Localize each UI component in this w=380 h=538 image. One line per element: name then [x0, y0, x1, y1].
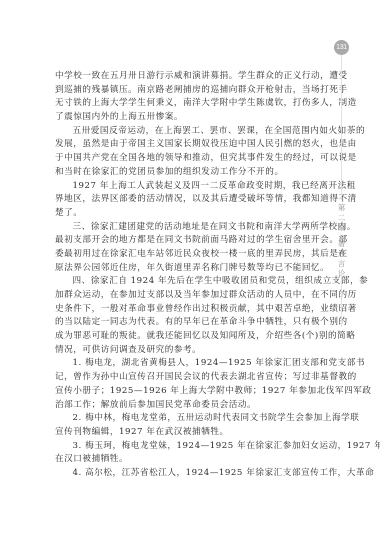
- text-line: 宣传小册子；1925—1926 年上海大学附中教师；1927 年参加北伐军四军政: [55, 385, 323, 399]
- text-line: 了震惊国内外的上海五卅惨案。: [55, 111, 323, 125]
- text-line: 3. 梅玉珂，梅电龙堂妹，1924—1925 年在徐家汇参加妇女运动，1927 …: [55, 440, 323, 454]
- text-line: 界地区，法界区部委的活动情况，以及其后遭受破坏等情，我都知道得不清: [55, 193, 323, 207]
- text-line: 原法界公园邻近住房，年久街道里弄名称门牌号数等均已不能回忆。: [55, 262, 323, 276]
- text-line: 宣传刊物编辑，1927 年在武汉被捕牺牲。: [55, 426, 323, 440]
- text-line: 于中国共产党在全国各地的领导和推动，但究其事件发生的经过，可以说是: [55, 152, 323, 166]
- text-line: 1. 梅电龙，湖北省黄梅县人，1924—1925 年徐家汇团支部和党支部书: [55, 357, 323, 371]
- side-title-char: 著: [335, 239, 348, 249]
- text-line: 和当时在徐家汇的党团员参加的组织发动工作分不开的。: [55, 166, 323, 180]
- text-line: 在汉口被捕牺牲。: [55, 453, 323, 467]
- text-line: 4. 高尔松，江苏省松江人，1924—1925 年徐家汇支部宣传工作，大革命: [55, 467, 323, 481]
- text-line: 1927 年上海工人武装起义及四一二反革命政变时期，我已经离开法租: [55, 180, 323, 194]
- text-line: 四、徐家汇自 1924 年先后在学生中吸收团员和党员，组织成立支部，参: [55, 275, 323, 289]
- side-part-char: 编: [335, 223, 348, 233]
- text-line: 史条件下，一般对革命事业曾经作出过积极贡献，其中艰苦卓绝，业绩昭著: [55, 303, 323, 317]
- text-line: 记，曾作为孙中山宣传召开国民会议的代表去湖北省宣传；写过非基督教的: [55, 371, 323, 385]
- text-line: 发展，虽然是由于帝国主义国家长期奴役压迫中国人民引燃的怒火，也是由: [55, 138, 323, 152]
- side-part-char: 第: [335, 203, 348, 213]
- text-line: 的当以陆定一同志为代表。有的早年已在革命斗争中牺牲，只有极个别的: [55, 316, 323, 330]
- side-part-char: 二: [335, 213, 348, 223]
- text-line: 三、徐家汇建团建党的活动地址是在同文书院和南洋大学两所学校内。: [55, 221, 323, 235]
- text-line: 2. 梅中林，梅电龙堂弟，五卅运动时代表同文书院学生会参加上海学联: [55, 412, 323, 426]
- text-line: 加群众运动，在参加过支部以及当年参加过群众活动的人员中，在不同的历: [55, 289, 323, 303]
- body-text: 中学校一致在五月卅日游行示威和演讲募捐。学生群众的正义行动，遭受到巡捕的残暴镇压…: [55, 70, 323, 481]
- text-line: 五卅爱国反帝运动，在上海罢工、罢市、罢课，在全国范围内如火如荼的: [55, 125, 323, 139]
- margin-rule-upper: [341, 55, 342, 200]
- side-section-title: 第 二 编 著 述 言 论: [335, 203, 348, 279]
- side-title-char: 述: [335, 249, 348, 259]
- text-line: 情况，可供访问调查及研究的参考。: [55, 344, 323, 358]
- book-page: 中学校一致在五月卅日游行示威和演讲募捐。学生群众的正义行动，遭受到巡捕的残暴镇压…: [0, 0, 380, 538]
- side-title-char: 言: [335, 259, 348, 269]
- text-line: 中学校一致在五月卅日游行示威和演讲募捐。学生群众的正义行动，遭受: [55, 70, 323, 84]
- text-line: 最初支部开会的地方都是在同文书院前面马路对过的学生宿舍里开会。部: [55, 234, 323, 248]
- text-line: 成为罪恶可耻的叛徒。就我还能回忆以及知闻所及，介绍些各(个)别的简略: [55, 330, 323, 344]
- text-line: 到巡捕的残暴镇压。南京路老闸捕房的巡捕向群众开枪射击，当场打死手: [55, 84, 323, 98]
- text-line: 委最初用过在徐家汇电车站邻近民众夜校一楼一底的里弄民房，其后是在: [55, 248, 323, 262]
- side-marker: ·: [339, 297, 344, 307]
- page-number-badge: 131: [334, 40, 349, 55]
- side-part-label: 第 二 编: [335, 203, 348, 233]
- text-line: 无寸铁的上海大学学生何秉义，南洋大学附中学生陈虞钦，打伤多人，制造: [55, 97, 323, 111]
- text-line: 楚了。: [55, 207, 323, 221]
- text-line: 治部工作；解放前后参加国民党革命委员会活动。: [55, 399, 323, 413]
